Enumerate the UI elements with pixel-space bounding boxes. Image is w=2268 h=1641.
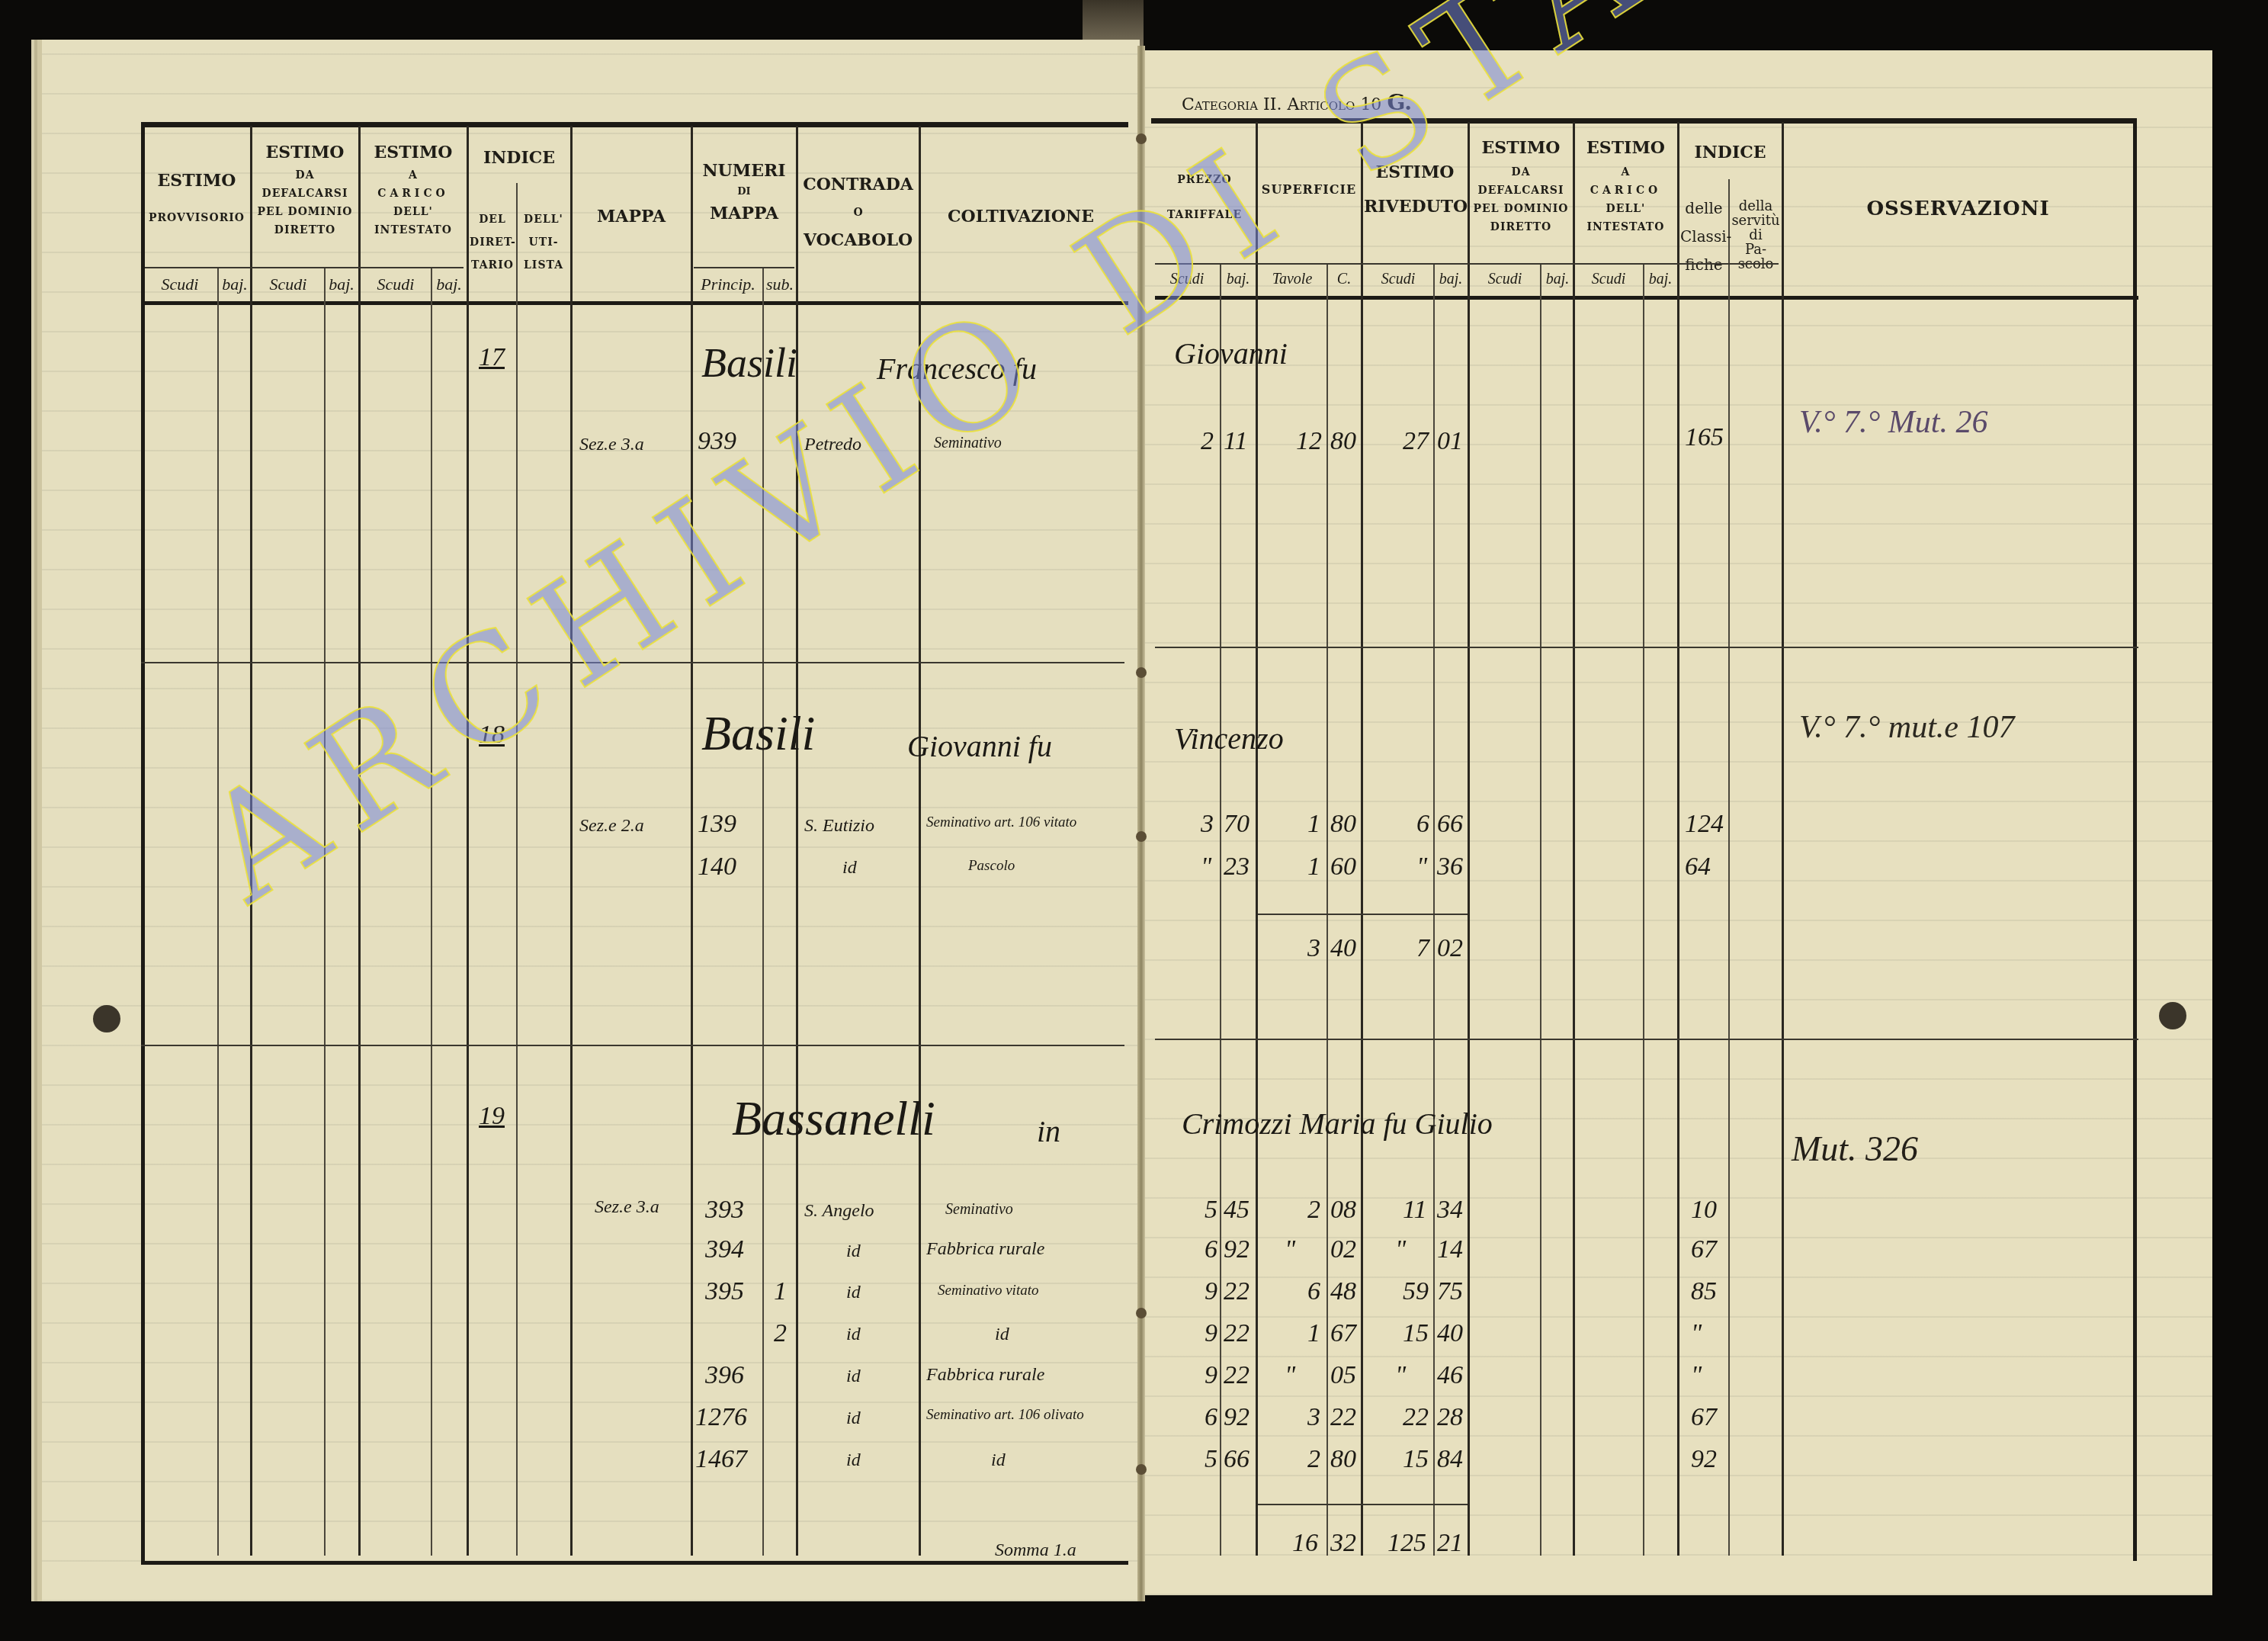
parcel-number: 140 — [698, 853, 736, 882]
entry-surname: Basili — [701, 339, 797, 387]
col-header-estimo-carico: ESTIMO — [361, 143, 465, 162]
col-divider — [1220, 263, 1221, 1556]
superficie-tavole: 1 — [1307, 1319, 1320, 1348]
col-divider — [1677, 122, 1679, 1556]
parcel-sub: 2 — [774, 1319, 787, 1348]
indice-classifica: " — [1691, 1319, 1702, 1348]
prezzo-baj: 22 — [1224, 1277, 1249, 1306]
subheader-rule — [694, 267, 794, 268]
header-rule — [1155, 296, 2138, 300]
estimo-scudi: 15 — [1403, 1445, 1429, 1474]
parcel-contrada: id — [846, 1325, 861, 1345]
col-divider — [1573, 122, 1575, 1556]
superficie-tavole: 2 — [1307, 1445, 1320, 1474]
col-header-estimo-provvisorio: ESTIMO — [145, 172, 249, 191]
estimo-baj: 75 — [1437, 1277, 1463, 1306]
col-divider — [1361, 122, 1363, 1556]
col-header-indice: INDICE — [1680, 143, 1780, 162]
estimo-scudi: 15 — [1403, 1319, 1429, 1348]
total-estimo-baj: 02 — [1437, 934, 1463, 963]
col-header-estimo-carico: ESTIMO — [1576, 139, 1676, 158]
prezzo-baj: 92 — [1224, 1235, 1249, 1264]
entry-father: Crimozzi Maria fu Giulio — [1182, 1106, 1493, 1142]
parcel-number: 394 — [705, 1235, 744, 1264]
estimo-baj: 46 — [1437, 1361, 1463, 1390]
estimo-baj: 66 — [1437, 810, 1463, 839]
prezzo-scudi: 3 — [1201, 810, 1214, 839]
parcel-mappa: Sez.e 3.a — [595, 1197, 659, 1218]
superficie-c: 80 — [1330, 810, 1356, 839]
parcel-coltivazione: Seminativo art. 106 vitato — [926, 814, 1109, 831]
estimo-baj: 36 — [1437, 853, 1463, 882]
superficie-c: 80 — [1330, 1445, 1356, 1474]
entry-observation: Mut. 326 — [1792, 1129, 1918, 1169]
parcel-coltivazione: Fabbrica rurale — [926, 1239, 1044, 1260]
col-divider — [1728, 179, 1730, 1556]
binding-stitch — [1136, 1464, 1147, 1475]
parcel-coltivazione: Fabbrica rurale — [926, 1365, 1044, 1386]
right-table-frame — [1151, 118, 2137, 1561]
col-divider — [1643, 263, 1644, 1556]
parcel-contrada: id — [846, 1241, 861, 1262]
col-divider — [217, 267, 219, 1556]
sub-scudi: Scudi — [253, 275, 323, 294]
superficie-tavole: " — [1285, 1235, 1295, 1264]
estimo-baj: 01 — [1437, 427, 1463, 456]
entry-surname: Basili — [701, 705, 815, 762]
sub-scudi: Scudi — [1471, 271, 1539, 288]
col-header-contrada: CONTRADAOVOCABOLO — [799, 175, 917, 251]
subtotal-rule — [1258, 914, 1468, 915]
entry-separator — [141, 1045, 1124, 1046]
col-header-mappa: MAPPA — [573, 207, 689, 226]
parcel-sub: 1 — [774, 1277, 787, 1306]
superficie-c: 02 — [1330, 1235, 1356, 1264]
prezzo-scudi: 5 — [1205, 1445, 1217, 1474]
estimo-scudi: 27 — [1403, 427, 1429, 456]
binding-stitch — [1136, 831, 1147, 842]
parcel-contrada: id — [846, 1283, 861, 1303]
col-header-numeri-di-mappa: NUMERIDIMAPPA — [694, 162, 794, 224]
total-tavole: 3 — [1307, 934, 1320, 963]
total-c: 32 — [1330, 1529, 1356, 1558]
estimo-baj: 84 — [1437, 1445, 1463, 1474]
prezzo-baj: 11 — [1224, 427, 1247, 456]
superficie-tavole: 1 — [1307, 810, 1320, 839]
sub-c: C. — [1329, 271, 1359, 288]
indice-classifica: 67 — [1691, 1235, 1717, 1264]
col-subheader: ACARICODELL'INTESTATO — [1576, 166, 1676, 233]
parcel-number: 1467 — [695, 1445, 747, 1474]
entry-given-name: in — [1037, 1113, 1060, 1149]
superficie-c: 48 — [1330, 1277, 1356, 1306]
punch-hole — [2159, 1002, 2186, 1029]
sub-scudi: Scudi — [145, 275, 215, 294]
col-divider — [1326, 263, 1328, 1556]
parcel-contrada: id — [846, 1366, 861, 1387]
estimo-scudi: " — [1395, 1361, 1406, 1390]
sub-baj: baj. — [433, 275, 465, 294]
parcel-coltivazione: Seminativo vitato — [938, 1283, 1038, 1299]
binding-stitch — [1136, 667, 1147, 678]
parcel-coltivazione: Seminativo art. 106 olivato — [926, 1407, 1109, 1424]
prezzo-baj: 92 — [1224, 1403, 1249, 1432]
col-divider — [691, 126, 693, 1556]
indice-classifica: 10 — [1691, 1196, 1717, 1225]
parcel-number: 395 — [705, 1277, 744, 1306]
sub-scudi: Scudi — [361, 275, 430, 294]
superficie-c: 60 — [1330, 853, 1356, 882]
indice-classifica: 92 — [1691, 1445, 1717, 1474]
total-estimo-baj: 21 — [1437, 1529, 1463, 1558]
parcel-coltivazione: Pascolo — [968, 858, 1015, 875]
col-divider — [324, 267, 326, 1556]
prezzo-scudi: 6 — [1205, 1235, 1217, 1264]
estimo-scudi: 59 — [1403, 1277, 1429, 1306]
sub-princip: Princip. — [694, 275, 762, 294]
indice-classifica: " — [1691, 1361, 1702, 1390]
sub-sub: sub. — [764, 275, 796, 294]
col-divider — [570, 126, 573, 1556]
col-subheader: PROVVISORIO — [145, 212, 249, 224]
sub-baj: baj. — [220, 275, 250, 294]
superficie-tavole: 3 — [1307, 1403, 1320, 1432]
parcel-coltivazione: id — [995, 1325, 1009, 1345]
total-c: 40 — [1330, 934, 1356, 963]
estimo-baj: 14 — [1437, 1235, 1463, 1264]
superficie-c: 05 — [1330, 1361, 1356, 1390]
parcel-contrada: S. Eutizio — [804, 816, 874, 837]
sub-scudi: Scudi — [1364, 271, 1432, 288]
superficie-tavole: 1 — [1307, 853, 1320, 882]
punch-hole — [93, 1005, 120, 1032]
total-label: Somma 1.a — [995, 1540, 1076, 1561]
entry-father: Giovanni — [1174, 336, 1288, 371]
prezzo-scudi: " — [1201, 853, 1211, 882]
col-subheader-servitu: dellaservitùdiPa-scolo — [1731, 200, 1781, 271]
col-divider — [1782, 122, 1784, 1556]
col-divider — [1540, 263, 1541, 1556]
prezzo-scudi: 9 — [1205, 1277, 1217, 1306]
superficie-tavole: 12 — [1296, 427, 1322, 456]
parcel-coltivazione: Seminativo — [945, 1201, 1013, 1219]
estimo-baj: 34 — [1437, 1196, 1463, 1225]
superficie-c: 67 — [1330, 1319, 1356, 1348]
entry-observation: V.° 7.° mut.e 107 — [1799, 709, 2014, 746]
entry-separator — [1155, 647, 2138, 648]
binding-stitch — [1136, 133, 1147, 144]
prezzo-baj: 70 — [1224, 810, 1249, 839]
parcel-mappa: Sez.e 3.a — [579, 435, 644, 455]
col-divider — [467, 126, 469, 1556]
entry-index: 17 — [479, 343, 505, 372]
estimo-scudi: 22 — [1403, 1403, 1429, 1432]
col-header-osservazioni: OSSERVAZIONI — [1785, 198, 2132, 221]
parcel-number: 1276 — [695, 1403, 747, 1432]
prezzo-baj: 66 — [1224, 1445, 1249, 1474]
col-divider — [516, 183, 518, 1556]
estimo-scudi: " — [1416, 853, 1427, 882]
estimo-scudi: " — [1395, 1235, 1406, 1264]
col-divider — [431, 267, 432, 1556]
estimo-scudi: 11 — [1403, 1196, 1426, 1225]
sub-baj: baj. — [326, 275, 357, 294]
parcel-number: 393 — [705, 1196, 744, 1225]
col-divider — [1433, 263, 1435, 1556]
indice-classifica: 85 — [1691, 1277, 1717, 1306]
total-estimo-scudi: 125 — [1387, 1529, 1426, 1558]
col-subheader: DADEFALCARSIPEL DOMINIODIRETTO — [1471, 166, 1571, 233]
total-estimo-scudi: 7 — [1416, 934, 1429, 963]
estimo-baj: 40 — [1437, 1319, 1463, 1348]
prezzo-scudi: 9 — [1205, 1361, 1217, 1390]
parcel-mappa: Sez.e 2.a — [579, 816, 644, 837]
sub-baj: baj. — [1645, 271, 1676, 288]
entry-given-name: Giovanni fu — [907, 728, 1052, 764]
col-divider — [1468, 122, 1470, 1556]
prezzo-scudi: 9 — [1205, 1319, 1217, 1348]
superficie-c: 80 — [1330, 427, 1356, 456]
col-subheader: DADEFALCARSIPEL DOMINIODIRETTO — [253, 169, 357, 236]
sub-scudi: Scudi — [1576, 271, 1641, 288]
col-header-estimo-defalcarsi: ESTIMO — [253, 143, 357, 162]
entry-index: 19 — [479, 1102, 505, 1131]
col-subheader: DELL'UTI-LISTA — [518, 214, 569, 271]
superficie-c: 22 — [1330, 1403, 1356, 1432]
parcel-coltivazione: id — [991, 1450, 1006, 1471]
estimo-baj: 28 — [1437, 1403, 1463, 1432]
prezzo-baj: 22 — [1224, 1319, 1249, 1348]
superficie-tavole: 6 — [1307, 1277, 1320, 1306]
total-tavole: 16 — [1292, 1529, 1318, 1558]
entry-separator — [1155, 1039, 2138, 1040]
col-subheader: ACARICODELL'INTESTATO — [361, 169, 465, 236]
subheader-rule — [145, 267, 464, 268]
indice-classifica: 67 — [1691, 1403, 1717, 1432]
sub-baj: baj. — [1542, 271, 1573, 288]
sub-baj: baj. — [1436, 271, 1466, 288]
superficie-c: 08 — [1330, 1196, 1356, 1225]
estimo-scudi: 6 — [1416, 810, 1429, 839]
superficie-tavole: " — [1285, 1361, 1295, 1390]
prezzo-baj: 23 — [1224, 853, 1249, 882]
indice-classifica: 64 — [1685, 853, 1711, 882]
parcel-number: 396 — [705, 1361, 744, 1390]
superficie-tavole: 2 — [1307, 1196, 1320, 1225]
prezzo-scudi: 6 — [1205, 1403, 1217, 1432]
entry-observation: V.° 7.° Mut. 26 — [1799, 404, 1988, 441]
col-subheader: DELDIRET-TARIO — [470, 214, 515, 271]
prezzo-scudi: 5 — [1205, 1196, 1217, 1225]
binding-stitch — [1136, 1308, 1147, 1318]
parcel-contrada: id — [842, 858, 857, 878]
parcel-contrada: id — [846, 1450, 861, 1471]
parcel-contrada: S. Angelo — [804, 1201, 874, 1222]
indice-classifica: 124 — [1685, 810, 1724, 839]
entry-surname: Bassanelli — [732, 1090, 935, 1147]
prezzo-scudi: 2 — [1201, 427, 1214, 456]
parcel-number: 139 — [698, 810, 736, 839]
indice-classifica: 165 — [1685, 423, 1724, 452]
parcel-contrada: id — [846, 1408, 861, 1429]
col-header-indice: INDICE — [470, 149, 569, 168]
prezzo-baj: 45 — [1224, 1196, 1249, 1225]
subtotal-rule — [1258, 1504, 1468, 1505]
entry-father: Vincenzo — [1174, 721, 1284, 756]
prezzo-baj: 22 — [1224, 1361, 1249, 1390]
